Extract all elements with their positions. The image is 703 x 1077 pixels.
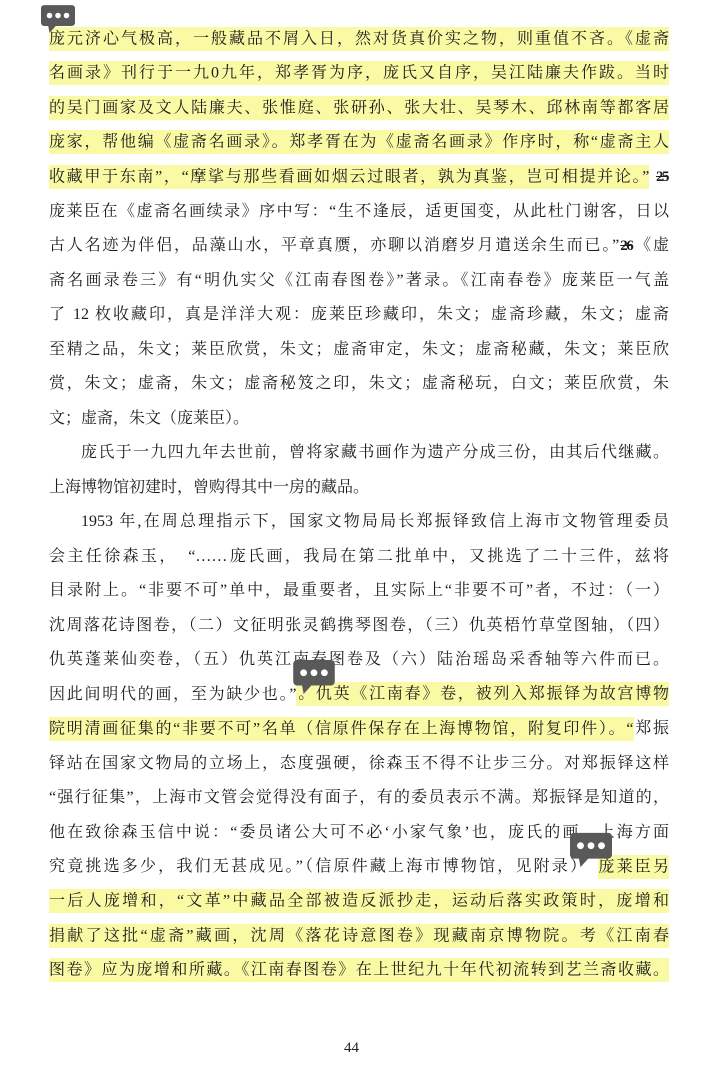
text-segment: 因此间明代的画，至为缺少也。”	[49, 686, 296, 703]
text-segment: 上海博物馆初建时，曾购得其中一房的藏品。	[49, 479, 369, 496]
text-line: 斋名画录卷三》有“明仇实父《江南春图卷》”著录。《江南春卷》庞莱臣一气盖	[49, 264, 669, 299]
text-segment: 铎站在国家文物局的立场上，态度强硬，徐森玉不得不让步三分。对郑振铎这样	[49, 755, 669, 772]
footnote-ref: 25	[655, 169, 669, 185]
text-line: 了 12 枚收藏印，真是洋洋大观：庞莱臣珍藏印，朱文；虚斋珍藏，朱文；虚斋	[49, 298, 669, 333]
text-line: 院明清画征集的“非要不可”名单（信原件保存在上海博物馆，附复印件）。“郑振	[49, 712, 669, 747]
text-segment: 了 12 枚收藏印，真是洋洋大观：庞莱臣珍藏印，朱文；虚斋珍藏，朱文；虚斋	[49, 306, 669, 323]
text-line: 铎站在国家文物局的立场上，态度强硬，徐森玉不得不让步三分。对郑振铎这样	[49, 747, 669, 782]
text-segment: 究竟挑选多少，我们无甚成见。”（信原件藏上海市博物馆，见附录）	[49, 858, 598, 875]
document-page: { "colors": { "highlight": "#FAFAA5", "c…	[0, 0, 703, 1077]
highlighted-text: 庞元济心气极高，一般藏品不屑入日，然对货真价实之物，则重值不吝。《虚斋	[49, 27, 669, 51]
text-segment: 《虚	[633, 237, 669, 254]
comment-marker-1[interactable]	[41, 3, 75, 35]
highlighted-text: 。仇英《江南春》卷，被列入郑振铎为故宫博物	[296, 682, 669, 706]
highlighted-text: 院明清画征集的“非要不可”名单（信原件保存在上海博物馆，附复印件）。“	[49, 717, 634, 741]
text-segment: 沈周落花诗图卷，（二）文征明张灵鹤携琴图卷，（三）仇英梧竹草堂图轴，（四）	[49, 617, 669, 634]
text-line: 1953 年,在周总理指示下，国家文物局局长郑振铎致信上海市文物管理委员	[49, 505, 669, 540]
text-line: 庞家，帮他编《虚斋名画录》。郑孝胥在为《虚斋名画录》作序时，称“虚斋主人	[49, 126, 669, 161]
text-segment: 庞莱臣在《虚斋名画续录》序中写：“生不逢辰，适更国变，从此杜门谢客，日以	[49, 203, 669, 220]
text-line: 文；虚斋，朱文（庞莱臣）。	[49, 402, 669, 437]
text-line: 名画录》刊行于一九0九年，郑孝胥为序，庞氏又自序，吴江陆廉夫作跋。当时	[49, 57, 669, 92]
text-line: 沈周落花诗图卷，（二）文征明张灵鹤携琴图卷，（三）仇英梧竹草堂图轴，（四）	[49, 609, 669, 644]
text-segment: 1953 年,在周总理指示下，国家文物局局长郑振铎致信上海市文物管理委员	[81, 513, 669, 530]
text-line: 收藏甲于东南”，“摩挲与那些看画如烟云过眼者，孰为真鉴，岂可相提并论。” 25	[49, 160, 669, 195]
text-line: 一后人庞增和，“文革”中藏品全部被造反派抄走，运动后落实政策时，庞增和	[49, 885, 669, 920]
text-line: 图卷》应为庞增和所藏。《江南春图卷》在上世纪九十年代初流转到艺兰斋收藏。	[49, 954, 669, 989]
text-line: 会主任徐森玉， “……庞氏画，我局在第二批单中，又挑选了二十三件，兹将	[49, 540, 669, 575]
text-segment: 斋名画录卷三》有“明仇实父《江南春图卷》”著录。《江南春卷》庞莱臣一气盖	[49, 272, 669, 289]
page-number: 44	[0, 1040, 703, 1057]
text-segment: 古人名迹为伴侣，品藻山水，平章真赝，亦聊以消磨岁月遣送余生而已。”	[49, 237, 619, 254]
text-segment: 庞氏于一九四九年去世前，曾将家藏书画作为遗产分成三份，由其后代继藏。	[81, 444, 669, 461]
text-segment: 文；虚斋，朱文（庞莱臣）。	[49, 410, 249, 427]
text-line: 至精之品，朱文；莱臣欣赏，朱文；虚斋审定，朱文；虚斋秘藏，朱文；莱臣欣	[49, 333, 669, 368]
footnote-ref: 26	[619, 238, 633, 254]
highlighted-text: 捐献了这批“虚斋”藏画，沈周《落花诗意图卷》现藏南京博物院。考《江南春	[49, 924, 669, 948]
text-line: 的吴门画家及文人陆廉夫、张惟庭、张研孙、张大壮、吴琴木、邱林南等都客居	[49, 91, 669, 126]
highlighted-text: 收藏甲于东南”，“摩挲与那些看画如烟云过眼者，孰为真鉴，岂可相提并论。”	[49, 165, 649, 189]
highlighted-text: 图卷》应为庞增和所藏。《江南春图卷》在上世纪九十年代初流转到艺兰斋收藏。	[49, 958, 669, 982]
comment-marker-2[interactable]	[292, 660, 336, 694]
text-segment: 郑振	[634, 720, 669, 737]
text-segment: “强行征集”，上海市文管会觉得没有面子，有的委员表示不满。郑振铎是知道的，	[49, 789, 669, 806]
text-line: 庞元济心气极高，一般藏品不屑入日，然对货真价实之物，则重值不吝。《虚斋	[49, 22, 669, 57]
text-line: 庞氏于一九四九年去世前，曾将家藏书画作为遗产分成三份，由其后代继藏。	[49, 436, 669, 471]
text-line: “强行征集”，上海市文管会觉得没有面子，有的委员表示不满。郑振铎是知道的，	[49, 781, 669, 816]
text-line: 上海博物馆初建时，曾购得其中一房的藏品。	[49, 471, 669, 506]
text-line: 仇英蓬莱仙奕卷，（五）仇英江南春图卷及（六）陆治瑶岛采香轴等六件而已。	[49, 643, 669, 678]
text-line: 捐献了这批“虚斋”藏画，沈周《落花诗意图卷》现藏南京博物院。考《江南春	[49, 919, 669, 954]
text-line: 目录附上。“非要不可”单中，最重要者，且实际上“非要不可”者，不过：（一）	[49, 574, 669, 609]
text-line: 因此间明代的画，至为缺少也。”。仇英《江南春》卷，被列入郑振铎为故宫博物	[49, 678, 669, 713]
text-segment: 至精之品，朱文；莱臣欣赏，朱文；虚斋审定，朱文；虚斋秘藏，朱文；莱臣欣	[49, 341, 669, 358]
text-segment: 会主任徐森玉， “……庞氏画，我局在第二批单中，又挑选了二十三件，兹将	[49, 548, 669, 565]
highlighted-text: 庞家，帮他编《虚斋名画录》。郑孝胥在为《虚斋名画录》作序时，称“虚斋主人	[49, 130, 669, 154]
text-line: 赏，朱文；虚斋，朱文；虚斋秘笈之印，朱文；虚斋秘玩，白文；莱臣欣赏，朱	[49, 367, 669, 402]
text-segment: 仇英蓬莱仙奕卷，（五）仇英江南春图卷及（六）陆治瑶岛采香轴等六件而已。	[49, 651, 669, 668]
comment-marker-3[interactable]	[570, 831, 612, 869]
highlighted-text: 名画录》刊行于一九0九年，郑孝胥为序，庞氏又自序，吴江陆廉夫作跋。当时	[49, 61, 669, 85]
text-line: 庞莱臣在《虚斋名画续录》序中写：“生不逢辰，适更国变，从此杜门谢客，日以	[49, 195, 669, 230]
text-line: 古人名迹为伴侣，品藻山水，平章真赝，亦聊以消磨岁月遣送余生而已。”26《虚	[49, 229, 669, 264]
highlighted-text: 的吴门画家及文人陆廉夫、张惟庭、张研孙、张大壮、吴琴木、邱林南等都客居	[49, 96, 669, 120]
highlighted-text: 一后人庞增和，“文革”中藏品全部被造反派抄走，运动后落实政策时，庞增和	[49, 889, 669, 913]
text-segment: 目录附上。“非要不可”单中，最重要者，且实际上“非要不可”者，不过：（一）	[49, 582, 669, 599]
text-segment: 赏，朱文；虚斋，朱文；虚斋秘笈之印，朱文；虚斋秘玩，白文；莱臣欣赏，朱	[49, 375, 669, 392]
